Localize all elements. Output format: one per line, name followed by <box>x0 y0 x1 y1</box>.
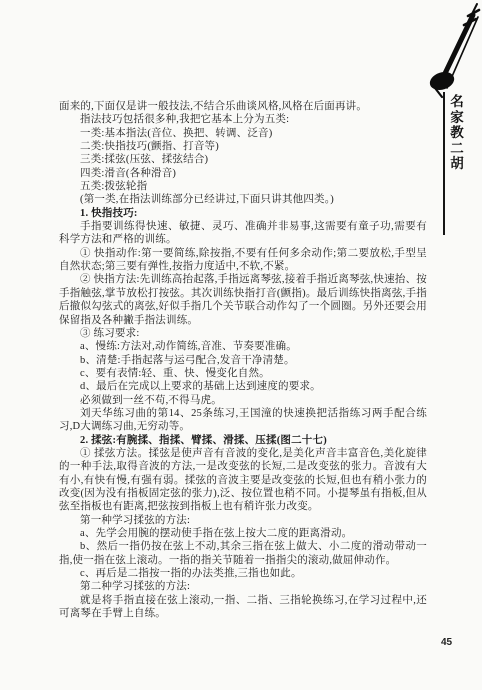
series-title-char: 名 <box>448 94 466 110</box>
paragraph: 第一种学习揉弦的方法: <box>59 514 427 527</box>
paragraph: ① 揉弦方法。揉弦是使声音有音波的变化,是美化声音丰富音色,美化旋律的一种手法,… <box>59 447 427 514</box>
paragraph: ② 快指方法:先训练高抬起落,手指远离琴弦,接着手指近离琴弦,快速抬、按手指触弦… <box>59 273 427 326</box>
paragraph: ① 快指动作:第一要简练,除按指,不要有任何多余动作;第二要放松,手型呈自然状态… <box>59 247 427 274</box>
paragraph: ③ 练习要求: <box>59 327 427 340</box>
list-item: a、先学会用腕的摆动使手指在弦上按大二度的距离滑动。 <box>59 527 427 540</box>
list-item: d、最后在完成以上要求的基础上达到速度的要求。 <box>59 380 427 393</box>
paragraph: 就是将手指直接在弦上滚动,一指、二指、三指轮换练习,在学习过程中,还可离琴在手臂… <box>59 594 427 621</box>
list-item: b、清楚:手指起落与运弓配合,发音干净清楚。 <box>59 354 427 367</box>
page-number: 45 <box>441 637 452 648</box>
list-item: 五类:拨弦轮指 <box>59 180 427 193</box>
paragraph: 手指要训练得快速、敏捷、灵巧、准确并非易事,这需要有童子功,需要有科学方法和严格… <box>59 220 427 247</box>
paragraph: 第二种学习揉弦的方法: <box>59 580 427 593</box>
list-item: a、慢练:方法对,动作简练,音准、节奏要准确。 <box>59 340 427 353</box>
series-title-char: 胡 <box>448 156 466 172</box>
section-heading: 1. 快指技巧: <box>59 207 427 220</box>
paragraph: (第一类,在指法训练部分已经讲过,下面只讲其他四类。) <box>59 193 427 206</box>
list-item: 一类:基本指法(音位、换把、转调、泛音) <box>59 127 427 140</box>
sidebar-rule <box>443 92 445 235</box>
list-item: c、再后是二指按一指的办法类推,三指也如此。 <box>59 567 427 580</box>
paragraph: 刘天华练习曲的第14、25条练习,王国潼的快速换把活指练习两手配合练习,D大调练… <box>59 407 427 434</box>
list-item: c、要有表情:轻、重、快、慢变化自然。 <box>59 367 427 380</box>
series-title-vertical: 名 家 教 二 胡 <box>448 94 466 172</box>
paragraph: 面来的,下面仅是讲一般技法,不结合乐曲谈风格,风格在后面再讲。 <box>59 100 427 113</box>
erhu-icon <box>425 2 482 102</box>
list-item: 三类:揉弦(压弦、揉弦结合) <box>59 153 427 166</box>
series-title-char: 家 <box>448 110 466 126</box>
series-title-char: 二 <box>448 141 466 157</box>
paragraph: 指法技巧包括很多种,我把它基本上分为五类: <box>59 113 427 126</box>
body-text: 面来的,下面仅是讲一般技法,不结合乐曲谈风格,风格在后面再讲。 指法技巧包括很多… <box>59 100 427 620</box>
list-item: 二类:快指技巧(颤指、打音等) <box>59 140 427 153</box>
series-title-char: 教 <box>448 125 466 141</box>
list-item: 四类:滑音(各种滑音) <box>59 167 427 180</box>
list-item: b、然后一指仍按在弦上不动,其余三指在弦上做大、小二度的滑动带动一指,使一指在弦… <box>59 540 427 567</box>
section-heading: 2. 揉弦:有腕揉、指揉、臂揉、滑揉、压揉(图二十七) <box>59 434 427 447</box>
paragraph: 必须做到一丝不苟,不得马虎。 <box>59 394 427 407</box>
book-page: 名 家 教 二 胡 面来的,下面仅是讲一般技法,不结合乐曲谈风格,风格在后面再讲… <box>0 0 482 690</box>
